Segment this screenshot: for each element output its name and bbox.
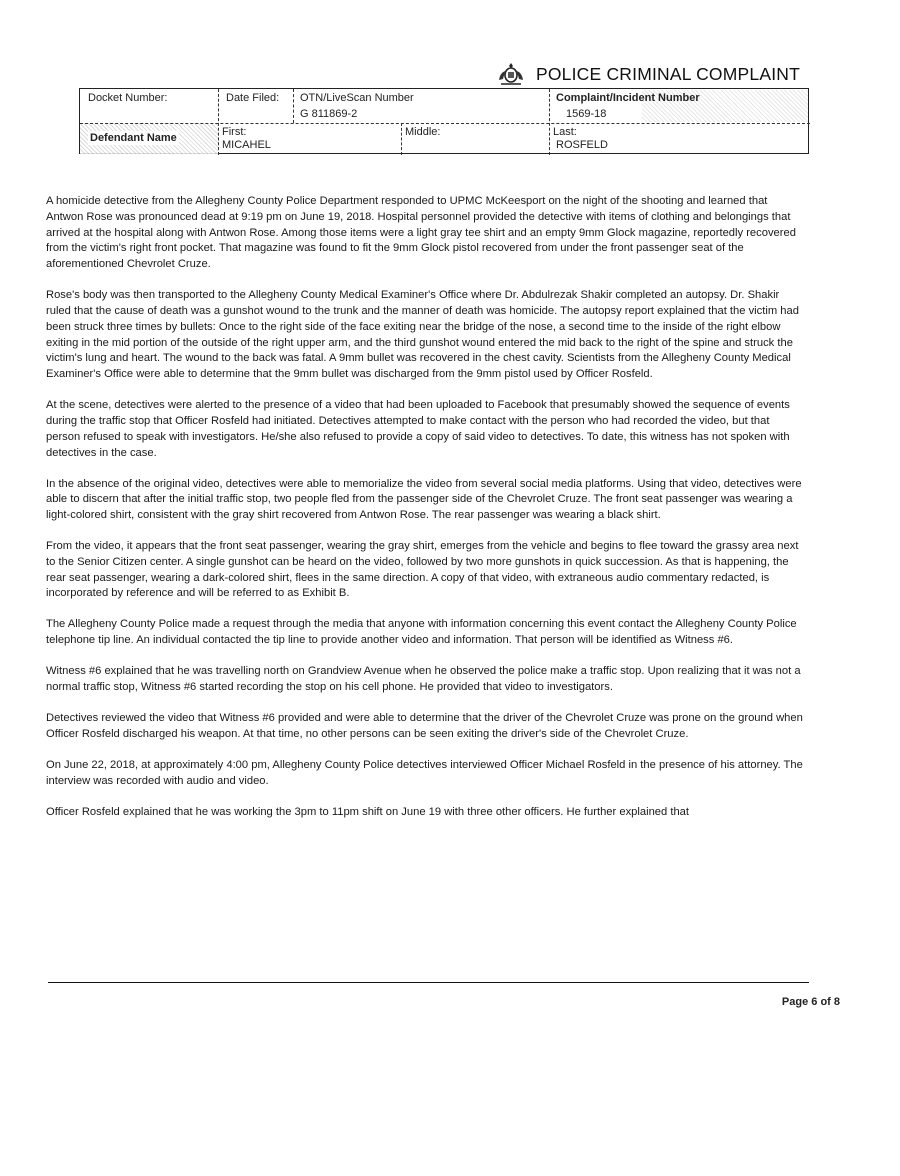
narrative-paragraph: A homicide detective from the Allegheny … [46,194,806,273]
last-name-label: Last: [553,125,577,139]
last-name-value: ROSFELD [556,138,608,152]
page-number: Page 6 of 8 [782,996,840,1008]
otn-value: G 811869-2 [300,107,357,121]
document-title: POLICE CRIMINAL COMPLAINT [536,64,800,85]
narrative-paragraph: From the video, it appears that the fron… [46,539,806,602]
narrative-paragraph: Detectives reviewed the video that Witne… [46,711,806,743]
complaint-number-label: Complaint/Incident Number [556,91,700,105]
complaint-narrative: A homicide detective from the Allegheny … [46,194,806,836]
defendant-name-label: Defendant Name [88,131,179,145]
docket-number-label: Docket Number: [88,91,167,105]
complaint-number-value: 1569-18 [566,107,606,121]
narrative-paragraph: In the absence of the original video, de… [46,477,806,524]
state-seal-icon [496,61,526,87]
middle-name-label: Middle: [405,125,440,139]
narrative-paragraph: Witness #6 explained that he was travell… [46,664,806,696]
narrative-paragraph: Officer Rosfeld explained that he was wo… [46,805,806,821]
case-info-table: Docket Number: Date Filed: OTN/LiveScan … [79,88,809,154]
date-filed-label: Date Filed: [226,91,279,105]
narrative-paragraph: On June 22, 2018, at approximately 4:00 … [46,758,806,790]
first-name-label: First: [222,125,246,139]
footer-divider [48,982,809,983]
narrative-paragraph: Rose's body was then transported to the … [46,288,806,383]
narrative-paragraph: At the scene, detectives were alerted to… [46,398,806,461]
otn-label: OTN/LiveScan Number [300,91,414,105]
document-header: POLICE CRIMINAL COMPLAINT [496,60,800,88]
narrative-paragraph: The Allegheny County Police made a reque… [46,617,806,649]
first-name-value: MICAHEL [222,138,271,152]
